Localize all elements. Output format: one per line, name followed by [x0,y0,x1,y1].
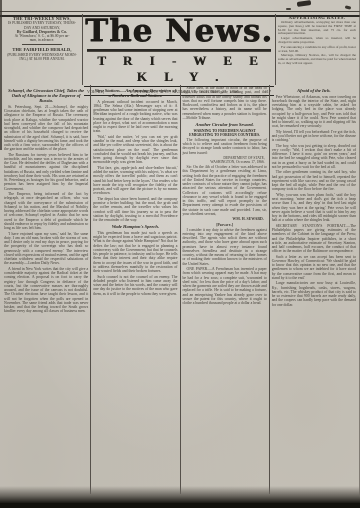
page-header: THE TRI-WEEKLY NEWS,IS PUBLISHED EVERY T… [2,14,358,85]
scan-speck [286,8,291,10]
article-para: I consider it my duty to advise the free… [183,228,267,266]
article-para: A friend in New York writes that the cit… [4,267,88,314]
advertising-rates-para: Larger advertisements, when so inserted,… [278,37,356,45]
masthead-title: The News. [83,15,275,48]
scan-speck [345,5,352,9]
article-headline: Schamyl, the Circassian Chief, Takes the… [5,88,87,103]
article-headline: Afraid of the Itch. [273,88,355,93]
advertising-rates-para: Ordinary advertisements, occupying not m… [278,21,356,36]
article-para: The Emperor, being informed of the fact … [4,192,88,230]
article-para: The boy, who was just getting to sleep, … [272,144,356,170]
article-para: A pleasant railroad incident occurred in… [93,100,177,134]
article-para: The depot has since been burned, and the… [93,197,177,223]
article-headline: Wade Hampton's Speech. [94,224,176,229]
masthead-subtitle: T R I - W E E K L Y . [83,52,275,86]
article-para: 'Wal,' said the native, 'ef you can eat … [93,135,177,165]
article-para: The other gentlemen coming in, the said … [272,170,356,191]
masthead: The News. T R I - W E E K L Y . VOL. III… [83,14,275,85]
publisher-block: THE TRI-WEEKLY NEWS,IS PUBLISHED EVERY T… [2,14,83,85]
publisher-line: ING,) AT $4.00 PER ANNUM. [4,57,80,61]
article-para: Since then, in the blaze of noon or in t… [183,86,267,120]
column-2: Slow Stations.—An Amusing Description of… [90,85,179,494]
advertising-rates-block: ADVERTISING RATES. Ordinary advertisemen… [275,14,358,85]
article-dateline: DEPARTMENT OF STATE, WASHINGTON, October… [185,156,265,164]
article-para: Such counsel is not the counsel of an en… [93,275,177,296]
article-para: This gentleman has made just such a spee… [93,231,177,274]
article-para: Large manufactories are now busy at Loui… [272,281,356,307]
newspaper-scan: { "masthead": { "title": "The News.", "s… [0,0,360,508]
divider-rule [22,44,62,45]
article-para: 'Flat fare, gin, apple-jack and shoe-lea… [93,166,177,196]
article-para: 'I have enjoined upon my sons,' said he,… [4,232,88,266]
advertising-rates-para: For announcing a candidate in any office… [278,46,356,54]
scan-bottom-edge [0,503,360,508]
newspaper-page: THE TRI-WEEKLY NEWS,IS PUBLISHED EVERY T… [0,0,360,508]
column-4: Afraid of the Itch.Pete Whetstone, of Ar… [269,85,358,494]
article-para: Such a letter as we can accept has been … [272,255,356,281]
column-3: Since then, in the blaze of noon or in t… [180,85,269,494]
column-1: Schamyl, the Circassian Chief, Takes the… [2,85,90,494]
article-para: 'My friend, I'll tell you beforehand: I'… [272,130,356,143]
publisher-line: num, in advance. [4,38,80,42]
advertising-rates-para: Marriage, Obituary Notices, &c., will be… [278,54,356,65]
article-para: The following important circular, the pu… [183,138,267,155]
article-para: The Russians for twenty years believed h… [4,153,88,191]
article-para: SECRETARY STANTON'S PORTRAIT.—The Philad… [272,224,356,254]
article-columns: Schamyl, the Circassian Chief, Takes the… [2,85,358,494]
article-para: 'Why, you-uns was born plum fools,' said… [272,193,356,223]
article-para: St. Petersburg, Sept. 21.—Schamyl, the m… [4,105,88,152]
article-para: Sir: On the 4th of October a letter was … [183,165,267,216]
article-subhead: [Private.] [183,223,267,227]
article-headline: Another Circular from Seward. [184,122,266,127]
article-headline: Slow Stations.—An Amusing Description of… [94,88,176,98]
article-para: Pete Whetstone, of Arkansas, was once tr… [272,95,356,129]
article-signature: WM. H. SEWARD. [183,217,264,221]
article-subhead: WARNING TO FREEDMEN AGAINST EMIGRATING T… [183,129,267,137]
scan-speck [297,0,312,7]
publisher-line: IS PUBLISHED EVERY TUESDAY, THURS- [4,21,80,25]
article-para: ONE PAPER.—A Frenchman has invented a pa… [183,267,267,305]
